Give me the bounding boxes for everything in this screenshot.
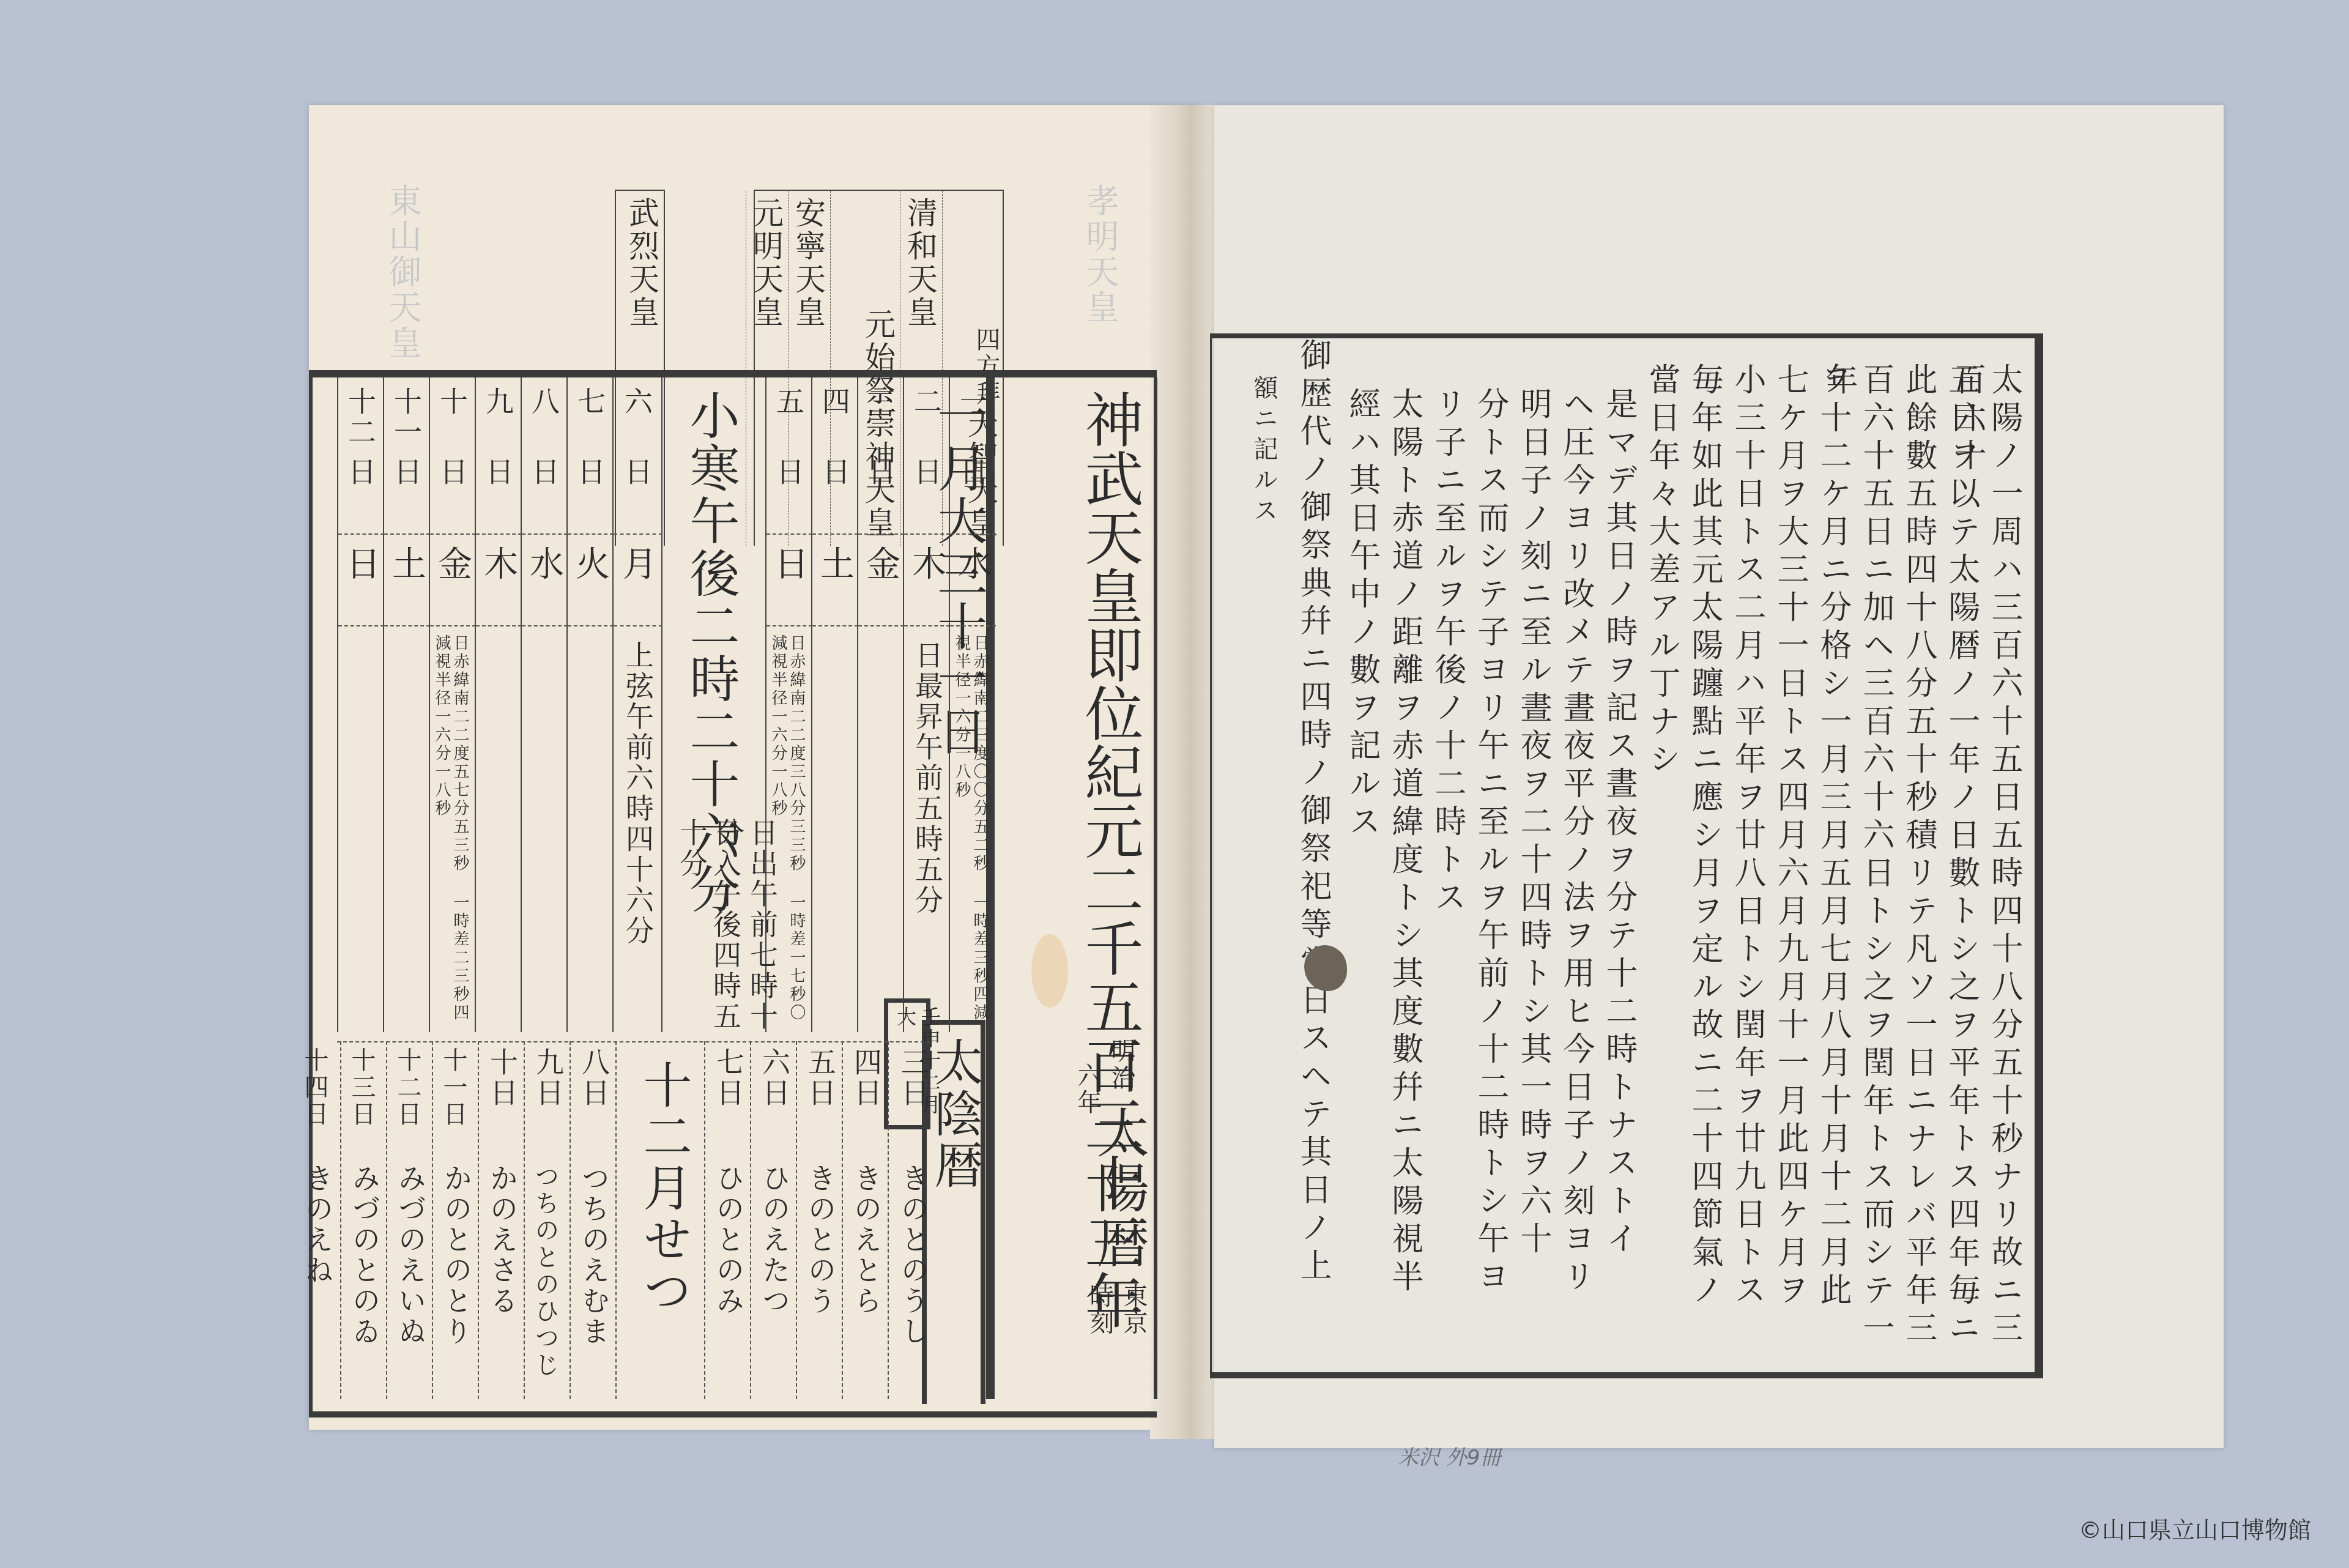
lunar-kanshi: きのえね	[300, 1164, 334, 1286]
day-number: 五	[766, 377, 811, 426]
weekday: 火	[574, 546, 606, 582]
lunar-day-column: 三日 きのとのうし	[888, 1041, 938, 1399]
lunar-day: 十日	[479, 1041, 525, 1115]
weekday: 金	[864, 546, 896, 582]
day-column: 八 日 水	[521, 377, 568, 1032]
lunar-day: 七日	[705, 1041, 751, 1115]
foxing-stain	[1031, 934, 1068, 1008]
text-column: 五日ヲ以テ太陽暦ノ一年ノ日數トシ之ヲ平年トス四年毎ニ	[1943, 363, 1980, 1349]
weekday: 土	[818, 546, 850, 582]
text-column: ヘ圧今ヨリ改メテ晝夜平分ノ法ヲ用ヒ今日子ノ刻ヨリ	[1557, 387, 1594, 1298]
lunar-day: 十三日	[341, 1041, 382, 1134]
day-column: 十二 日 日	[337, 377, 384, 1032]
lunar-day: 四日	[843, 1041, 889, 1115]
era-label: 明治	[1107, 1038, 1135, 1092]
day-unit: 日	[956, 457, 988, 488]
day-unit: 日	[818, 457, 850, 488]
day-column: 九 日 木	[475, 377, 522, 1032]
lunar-day: 五日	[797, 1041, 843, 1115]
text-column: 御歴代ノ御祭典幷ニ四時ノ御祭祀等當日スヘテ其日ノ上	[1294, 338, 1331, 1287]
day-unit: 日	[482, 457, 514, 488]
lunar-day-column: 五日 きのとのう	[796, 1041, 843, 1399]
lunar-kanshi: みづのえいぬ	[393, 1164, 427, 1347]
lunar-day: 十四日	[294, 1041, 335, 1134]
text-column: リ子ニ至ルヲ午後ノ十二時トス	[1429, 387, 1466, 918]
weekday: 水	[956, 546, 988, 582]
text-column: 太陽ト赤道ノ距離ヲ赤道緯度トシ其度數幷ニ太陽視半	[1386, 387, 1423, 1298]
day-unit: 日	[773, 457, 804, 488]
day-unit: 日	[436, 457, 468, 488]
lunar-day-column: 十一日 かのとのとり	[432, 1041, 479, 1399]
lunar-day-column: 四日 きのえとら	[842, 1041, 889, 1399]
lunar-kanshi: かのとのとり	[439, 1164, 473, 1347]
lunar-day: 六日	[751, 1041, 797, 1115]
lunar-day-column: 八日 つちのえむま	[570, 1041, 617, 1399]
lunar-day-column: 六日 ひのえたつ	[750, 1041, 797, 1399]
lunar-day: 十二日	[387, 1041, 428, 1134]
weekday: 木	[482, 546, 514, 582]
lunar-kanshi: きのとのう	[803, 1164, 837, 1317]
day-note: 日最昇午前五時五分	[910, 641, 944, 916]
weekday: 木	[910, 546, 942, 582]
calendar-name: 太陽暦	[1089, 1105, 1148, 1271]
title-box: 神武天皇即位紀元二千五百三十三年 明治 六年 太陽暦 東京 時刻	[986, 377, 1157, 1399]
day-column: 十 日 金 日赤緯南二二度五七分五三秒 一時差二三秒四減視半径一六分一八秒	[429, 377, 476, 1032]
day-unit: 日	[390, 457, 422, 488]
sunset-time: 日入午後四時五十分	[675, 818, 742, 1032]
lunar-kanshi: つちのえむま	[577, 1164, 610, 1347]
lunar-month-label: 十二月せつ	[635, 1060, 691, 1317]
text-column: 是マデ其日ノ時ヲ記ス晝夜ヲ分テ十二時トナストイ	[1600, 387, 1637, 1260]
day-column: 七 日 火	[566, 377, 614, 1032]
day-unit: 日	[528, 457, 560, 488]
day-unit: 日	[344, 457, 376, 488]
day-column: 三 日 金	[857, 377, 904, 1032]
lunar-day-column: 九日 つちのとのひつじ	[524, 1041, 571, 1399]
day-number: 十二	[338, 377, 382, 457]
lunar-kanshi: かのえさる	[485, 1164, 519, 1317]
lunar-day: 九日	[525, 1041, 571, 1115]
day-number: 一	[950, 377, 994, 426]
day-number: 十	[430, 377, 474, 426]
day-unit: 日	[621, 457, 653, 488]
season-column: 小寒午後二時二十六分 日出午前七時十分 日入午後四時五十分	[661, 377, 766, 1032]
copyright-credit: ©山口県立山口博物館	[2079, 1511, 2311, 1545]
lunar-day-column: 十二日 みづのえいぬ	[386, 1041, 433, 1399]
text-column: 分トス而シテ子ヨリ午ニ至ルヲ午前ノ十二時トシ午ヨ	[1472, 387, 1508, 1298]
lunar-month-column: 十二月せつ	[615, 1041, 705, 1399]
day-number: 十一	[384, 377, 428, 457]
weekday: 水	[528, 546, 560, 582]
day-column: 十一 日 土	[383, 377, 430, 1032]
text-column: 經ハ其日午中ノ數ヲ記ルス	[1343, 387, 1380, 842]
lunar-kanshi: ひのとのみ	[711, 1164, 745, 1317]
text-column: 明日子ノ刻ニ至ル晝夜ヲ二十四時トシ其一時ヲ六十	[1515, 387, 1551, 1260]
day-number: 二	[904, 377, 948, 426]
day-number: 四	[812, 377, 856, 426]
show-through-text: 孝明天皇	[1077, 184, 1124, 325]
book-spine	[1150, 105, 1217, 1439]
text-column: 此餘數五時四十八分五十秒積リテ凡ソ一日ニナレバ平年三	[1900, 363, 1937, 1349]
day-unit: 日	[910, 457, 942, 488]
weekday: 月	[621, 546, 653, 582]
text-column: 毎年如此其元太陽躔點ニ應シ月ヲ定ル故ニ二十四節氣ノ	[1686, 363, 1723, 1311]
explanation-box: 太陽ノ一周ハ三百六十五日五時四十八分五十秒ナリ故ニ三百六十 五日ヲ以テ太陽暦ノ一…	[1210, 333, 2043, 1378]
lunar-kanshi: きのえとら	[849, 1164, 883, 1317]
day-column: 一 日 水 日赤緯南二三度〇〇分五二秒 一時差三秒四減視半径一六分一八秒	[949, 377, 996, 1032]
lunar-day: 八日	[571, 1041, 617, 1115]
day-note: 日赤緯南二三度〇〇分五二秒 一時差三秒四減視半径一六分一八秒	[952, 634, 989, 1026]
lunar-day-column: 十日 かのえさる	[478, 1041, 525, 1399]
lunar-day-column: 七日 ひのとのみ	[704, 1041, 751, 1399]
lunar-day: 十一日	[433, 1041, 473, 1134]
day-note: 上弦午前六時四十六分	[621, 641, 655, 946]
worm-hole	[1304, 945, 1347, 991]
day-number: 九	[476, 377, 520, 426]
time-note: 時刻	[1086, 1283, 1114, 1337]
lunar-day-column: 十三日 みづのとのゐ	[340, 1041, 387, 1399]
text-column: 七ケ月ヲ大三十一日トス四月六月九月十一月此四ケ月ヲ	[1772, 363, 1808, 1311]
text-column: ヲ十二ケ月ニ分格シ一月三月五月七月八月十月十二月此	[1814, 363, 1851, 1311]
lunar-kanshi: つちのとのひつじ	[531, 1164, 559, 1379]
text-column: 當日年々大差アル丁ナシ	[1643, 363, 1680, 780]
day-column: 六 日 月 上弦午前六時四十六分	[612, 377, 662, 1032]
weekday: 金	[436, 546, 468, 582]
lunar-kanshi: みづのとのゐ	[347, 1164, 381, 1347]
day-note: 日赤緯南二二度五七分五三秒 一時差二三秒四減視半径一六分一八秒	[432, 634, 469, 1026]
lunar-day-column: 十四日 きのえね	[294, 1041, 340, 1399]
lunar-kanshi: きのとのうし	[896, 1164, 930, 1347]
day-number: 八	[522, 377, 566, 426]
calendar-table: 神武天皇即位紀元二千五百三十三年 明治 六年 太陽暦 東京 時刻 一月大三十一日…	[309, 370, 1157, 1418]
day-column: 四 日 土	[811, 377, 858, 1032]
text-column: 小三十日トス二月ハ平年ヲ廿八日トシ閏年ヲ廿九日トス	[1729, 363, 1765, 1311]
lunar-kanshi: ひのえたつ	[757, 1164, 791, 1317]
pencil-annotation: 米沢 外9冊	[1398, 1441, 1501, 1471]
day-number: 七	[568, 377, 612, 426]
text-column: 額ニ記ルス	[1245, 375, 1282, 528]
weekday: 土	[390, 546, 422, 582]
day-unit: 日	[864, 457, 896, 488]
day-unit: 日	[574, 457, 606, 488]
day-column: 二 日 木 日最昇午前五時五分	[903, 377, 950, 1032]
day-number: 六	[614, 377, 660, 426]
weekday: 日	[773, 546, 804, 582]
day-number: 三	[858, 377, 902, 426]
lunar-day: 三日	[889, 1041, 937, 1115]
tokyo-label: 東京	[1119, 1283, 1148, 1337]
show-through-text: 東山御天皇	[379, 184, 426, 361]
weekday: 日	[344, 546, 376, 582]
